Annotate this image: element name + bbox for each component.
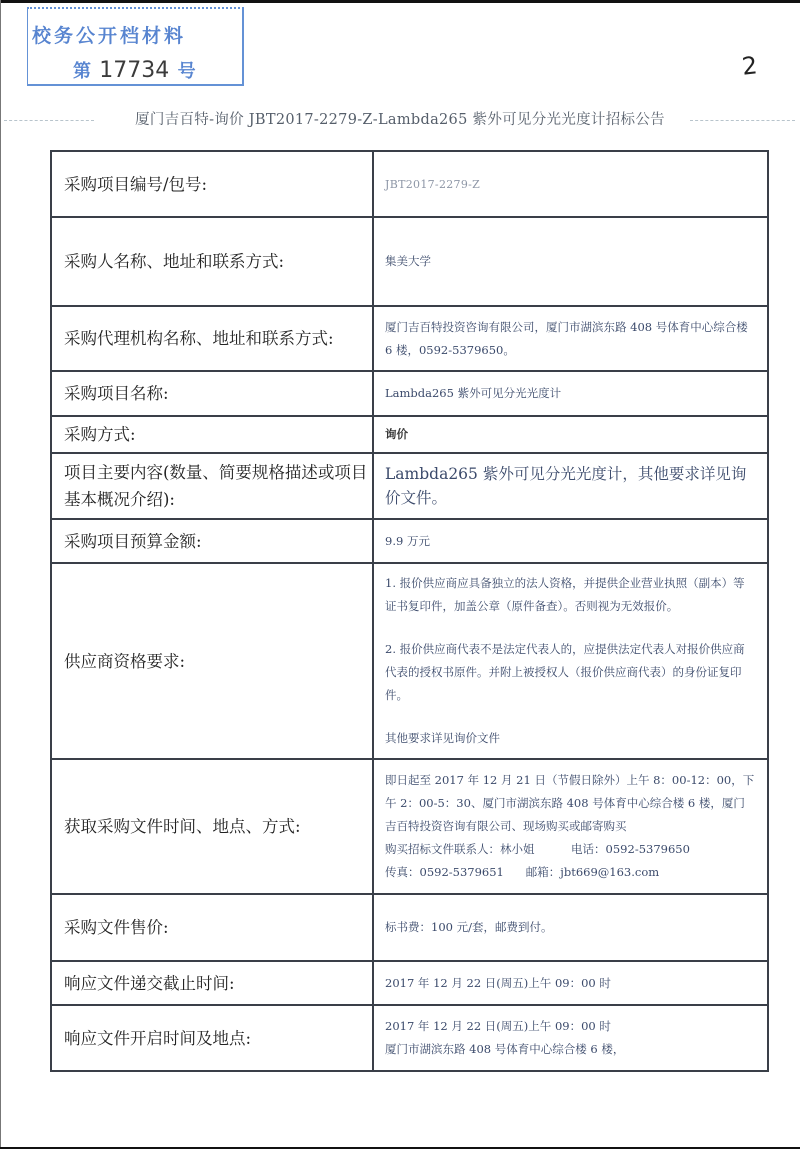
stamp-suffix: 号 xyxy=(178,61,196,82)
paragraph-gap xyxy=(385,618,755,638)
qualification-paragraph-2: 2. 报价供应商代表不是法定代表人的，应提供法定代表人对报价供应商代表的授权书原… xyxy=(385,638,755,707)
fax-email-line: 传真：0592-5379651 邮箱：jbt669@163.com xyxy=(385,861,755,884)
opening-place: 厦门市湖滨东路 408 号体育中心综合楼 6 楼， xyxy=(385,1038,755,1061)
archive-stamp: 校务公开档材料 第 17734 号 xyxy=(27,7,244,86)
table-row-document-acquisition: 获取采购文件时间、地点、方式: 即日起至 2017 年 12 月 21 日（节假… xyxy=(51,759,768,894)
row-label: 采购项目预算金额: xyxy=(51,519,373,563)
stamp-number-line: 第 17734 号 xyxy=(73,57,196,83)
row-value: 2017 年 12 月 22 日(周五)上午 09：00 时 厦门市湖滨东路 4… xyxy=(373,1005,768,1071)
table-row-supplier-qualifications: 供应商资格要求: 1. 报价供应商应具备独立的法人资格，并提供企业营业执照（副本… xyxy=(51,563,768,759)
row-value: 9.9 万元 xyxy=(373,519,768,563)
table-row-purchaser: 采购人名称、地址和联系方式: 集美大学 xyxy=(51,217,768,306)
stamp-prefix: 第 xyxy=(73,61,91,82)
qualification-paragraph-3: 其他要求详见询价文件 xyxy=(385,727,755,750)
table-row-main-content: 项目主要内容(数量、简要规格描述或项目基本概况介绍): Lambda265 紫外… xyxy=(51,453,768,519)
row-value: 集美大学 xyxy=(373,217,768,306)
row-label: 采购项目名称: xyxy=(51,371,373,416)
table-row-agency: 采购代理机构名称、地址和联系方式: 厦门吉百特投资咨询有限公司，厦门市湖滨东路 … xyxy=(51,306,768,371)
row-label: 采购代理机构名称、地址和联系方式: xyxy=(51,306,373,371)
row-label: 响应文件递交截止时间: xyxy=(51,961,373,1005)
row-value: Lambda265 紫外可见分光光度计 xyxy=(373,371,768,416)
row-label: 采购人名称、地址和联系方式: xyxy=(51,217,373,306)
table-row-procurement-method: 采购方式: 询价 xyxy=(51,416,768,453)
contact-person-line: 购买招标文件联系人：林小姐 电话：0592-5379650 xyxy=(385,838,755,861)
row-label: 采购文件售价: xyxy=(51,894,373,961)
page-edge-left xyxy=(0,0,1,1149)
qualification-paragraph-1: 1. 报价供应商应具备独立的法人资格，并提供企业营业执照（副本）等证书复印件，加… xyxy=(385,572,755,618)
page-edge-top xyxy=(0,0,800,3)
handwritten-page-number: 2 xyxy=(741,51,759,80)
row-label: 供应商资格要求: xyxy=(51,563,373,759)
row-label: 采购方式: xyxy=(51,416,373,453)
acquisition-details: 即日起至 2017 年 12 月 21 日（节假日除外）上午 8：00-12：0… xyxy=(385,769,755,838)
table-row-budget: 采购项目预算金额: 9.9 万元 xyxy=(51,519,768,563)
table-row-project-name: 采购项目名称: Lambda265 紫外可见分光光度计 xyxy=(51,371,768,416)
table-row-project-number: 采购项目编号/包号: JBT2017-2279-Z xyxy=(51,151,768,217)
row-value: 2017 年 12 月 22 日(周五)上午 09：00 时 xyxy=(373,961,768,1005)
row-value: 1. 报价供应商应具备独立的法人资格，并提供企业营业执照（副本）等证书复印件，加… xyxy=(373,563,768,759)
tender-info-table: 采购项目编号/包号: JBT2017-2279-Z 采购人名称、地址和联系方式:… xyxy=(50,150,769,1072)
row-label: 获取采购文件时间、地点、方式: xyxy=(51,759,373,894)
row-value: JBT2017-2279-Z xyxy=(373,151,768,217)
stamp-number: 17734 xyxy=(99,58,169,83)
document-title: 厦门吉百特-询价 JBT2017-2279-Z-Lambda265 紫外可见分光… xyxy=(0,108,800,129)
row-label: 响应文件开启时间及地点: xyxy=(51,1005,373,1071)
row-value: 即日起至 2017 年 12 月 21 日（节假日除外）上午 8：00-12：0… xyxy=(373,759,768,894)
table-row-submission-deadline: 响应文件递交截止时间: 2017 年 12 月 22 日(周五)上午 09：00… xyxy=(51,961,768,1005)
row-value: 厦门吉百特投资咨询有限公司，厦门市湖滨东路 408 号体育中心综合楼 6 楼，0… xyxy=(373,306,768,371)
row-value: Lambda265 紫外可见分光光度计，其他要求详见询价文件。 xyxy=(373,453,768,519)
row-value: 标书费：100 元/套，邮费到付。 xyxy=(373,894,768,961)
row-label: 项目主要内容(数量、简要规格描述或项目基本概况介绍): xyxy=(51,453,373,519)
stamp-title: 校务公开档材料 xyxy=(32,21,186,48)
table-row-document-price: 采购文件售价: 标书费：100 元/套，邮费到付。 xyxy=(51,894,768,961)
row-value: 询价 xyxy=(373,416,768,453)
row-label: 采购项目编号/包号: xyxy=(51,151,373,217)
table-row-opening-time-place: 响应文件开启时间及地点: 2017 年 12 月 22 日(周五)上午 09：0… xyxy=(51,1005,768,1071)
paragraph-gap xyxy=(385,707,755,727)
opening-time: 2017 年 12 月 22 日(周五)上午 09：00 时 xyxy=(385,1015,755,1038)
